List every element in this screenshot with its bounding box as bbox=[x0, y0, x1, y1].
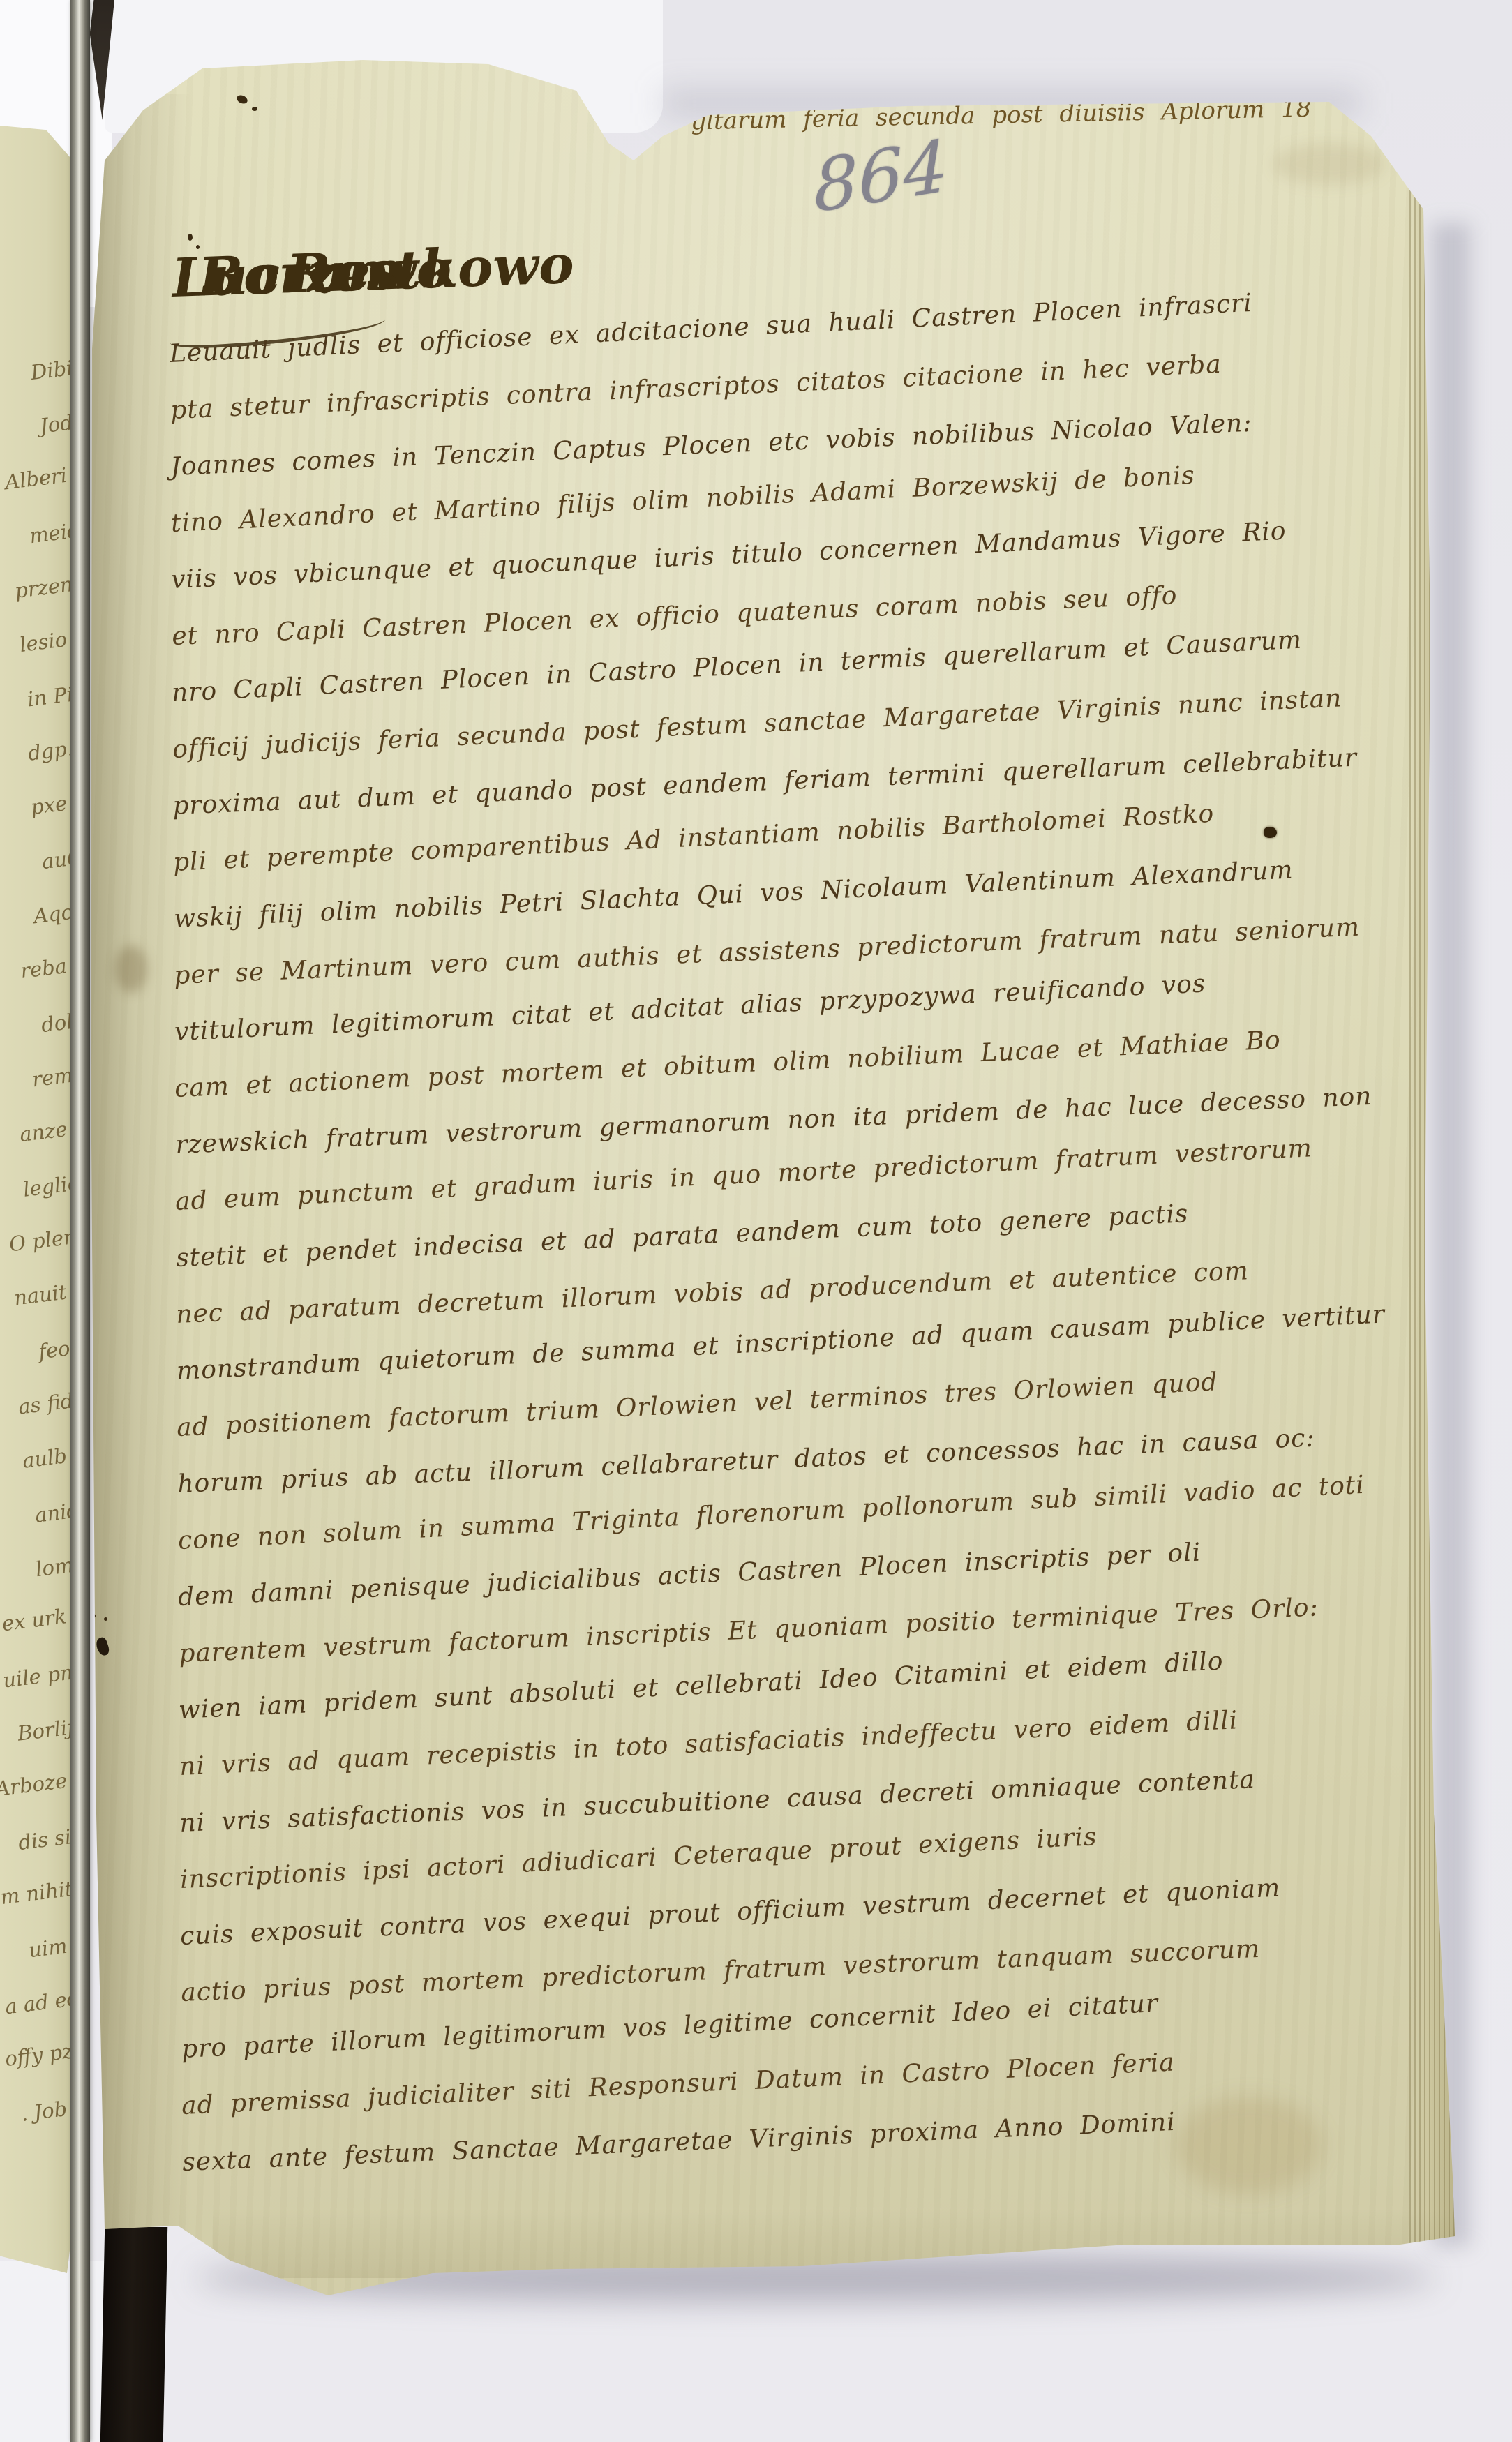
manuscript-page: Termi gltarum feria secunda post diuisii… bbox=[87, 59, 1458, 2428]
left-page-fragment: Borlij bbox=[16, 1716, 74, 1744]
left-page-fragment: uile pm bbox=[2, 1661, 81, 1691]
ink-speck bbox=[235, 93, 248, 105]
left-page-fragment: om nihit bbox=[0, 1878, 74, 1910]
left-page-fragment: dgp. bbox=[27, 737, 74, 764]
left-page-fragment: reba bbox=[20, 955, 68, 982]
pencil-page-number: 864 bbox=[812, 130, 949, 223]
book-holding-rod bbox=[70, 0, 90, 2442]
body-text: Leuauit judlis et officiose ex adcitacio… bbox=[171, 326, 1413, 2224]
left-page-fragment: Jod bbox=[39, 412, 75, 437]
spine-black-strip bbox=[100, 2227, 167, 2442]
left-page-fragment: aulb bbox=[22, 1445, 68, 1471]
paper-stain bbox=[1273, 143, 1385, 185]
left-page-fragment: . Job bbox=[20, 2098, 68, 2125]
paper-stain bbox=[115, 945, 147, 993]
left-page-fragment: anze bbox=[18, 1118, 68, 1145]
left-page-fragment: rem bbox=[31, 1065, 75, 1091]
ink-speck bbox=[188, 234, 193, 241]
left-page-fragment: as fid bbox=[17, 1390, 74, 1417]
left-page-fragment: Alberi bbox=[3, 465, 68, 493]
left-page-fragment: Arboze bbox=[0, 1770, 68, 1799]
entry-title: LucrumRostkowoBorzewo bbox=[171, 210, 1217, 246]
paper-stain bbox=[1176, 2097, 1322, 2194]
title-word-borzewo: Borzewo bbox=[197, 237, 453, 310]
left-page-fragment: O pler bbox=[8, 1227, 75, 1255]
left-page-fragment: przen bbox=[14, 574, 75, 601]
ink-blot-right-margin bbox=[1264, 827, 1277, 838]
ink-speck bbox=[252, 107, 257, 111]
left-page-fragment: ie ex urk bbox=[0, 1605, 68, 1637]
left-page-fragment: Aqo bbox=[32, 901, 74, 927]
left-page-fragment: nauit bbox=[13, 1282, 68, 1309]
margin-dot bbox=[91, 1614, 96, 1618]
left-page-fragment: lesio bbox=[18, 629, 68, 655]
left-page-fragment: a ad ed bbox=[3, 1988, 80, 2018]
ink-speck bbox=[196, 245, 200, 249]
left-page-fragment: uim bbox=[27, 1935, 68, 1961]
manuscript-photo: DibiiJodAlberimeidprzenlesioin Piidgp.px… bbox=[0, 0, 1512, 2442]
margin-dot bbox=[104, 1617, 107, 1621]
left-page-fragment: pxe bbox=[29, 793, 68, 818]
left-page-fragment: lom bbox=[34, 1555, 74, 1580]
left-page-fragment: ne offy pz bbox=[0, 2040, 74, 2073]
